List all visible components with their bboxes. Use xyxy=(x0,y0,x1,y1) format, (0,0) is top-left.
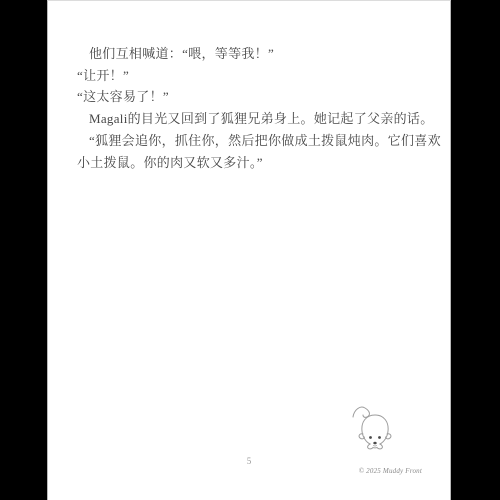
document-page: 他们互相喊道：“喂，等等我！”“让开！”“这太容易了！”Magali的目光又回到… xyxy=(47,0,451,500)
mouse-right-eye xyxy=(378,436,381,439)
copyright-notice: © 2025 Muddy Front xyxy=(359,467,422,475)
story-paragraph: “让开！” xyxy=(77,65,452,87)
story-paragraph: 他们互相喊道：“喂，等等我！” xyxy=(77,43,452,65)
story-paragraph: Magali的目光又回到了狐狸兄弟身上。她记起了父亲的话。 xyxy=(77,108,452,130)
story-text: 他们互相喊道：“喂，等等我！”“让开！”“这太容易了！”Magali的目光又回到… xyxy=(77,43,452,173)
story-paragraph: “这太容易了！” xyxy=(77,86,452,108)
mouse-sketch-illustration xyxy=(351,403,399,453)
story-paragraph: “狐狸会追你，抓住你，然后把你做成土拨鼠炖肉。它们喜欢 小土拨鼠。你的肉又软又多… xyxy=(77,130,452,173)
mouse-nose xyxy=(373,442,376,445)
mouse-tail xyxy=(353,407,369,417)
page-number: 5 xyxy=(48,456,450,466)
mouse-left-eye xyxy=(369,436,372,439)
